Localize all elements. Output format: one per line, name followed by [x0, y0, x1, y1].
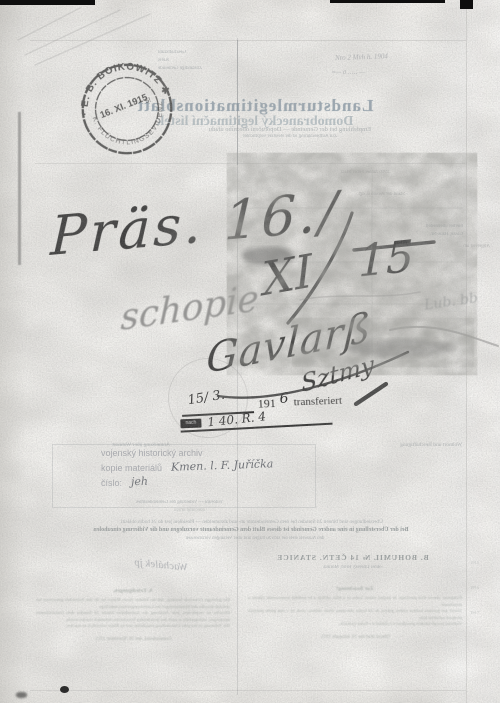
bleedthrough-text-line: Übersiedlungen sind binnen 24 Stunden be…: [40, 519, 464, 526]
archive-line3-label: číslo:: [101, 478, 122, 488]
bleedthrough-text-line: 1916 Jänner Feber März: [300, 170, 430, 177]
scanner-artifact-bar: [330, 0, 445, 3]
bleedthrough-column-heading: A. Erledigungen.: [36, 588, 230, 594]
ink-dot-artifact: [60, 686, 69, 693]
page-right-margin: [466, 0, 500, 703]
bleedthrough-text-line: B. BOHUMIL № 14 ČETN. STANICE: [250, 553, 455, 563]
bleedthrough-text-line: den Ausweis stets bei sich zu tragen und…: [60, 536, 450, 543]
bleedthrough-paragraph-column: A. Erledigungen.Die gefertigte Gemeinde …: [36, 588, 230, 642]
archive-line2-label: kopie materiálů: [101, 463, 162, 473]
bleedthrough-text-line: ≈— ϑ …‥ —: [332, 70, 460, 78]
pencil-squiggle: [300, 292, 420, 300]
bleedthrough-paragraph-column: Zur Beachtung!Podepsaný obecní úřad potv…: [248, 586, 462, 640]
bleedthrough-column-footer: Gemeindeamt, den 16. November 1915.: [36, 637, 230, 642]
bleedthrough-text-line: 1915: [470, 560, 496, 566]
nach-stamp-blob: nach: [180, 419, 201, 429]
smudge-artifact: [16, 692, 27, 698]
archive-line2-handwritten: Kmen. l. F. Juříčka: [171, 457, 274, 474]
bleedthrough-text-line: Wohnort und Beschäftigung: [330, 442, 462, 449]
bleedthrough-paragraph: Podepsaný obecní úřad potvrzuje, že maji…: [248, 595, 462, 608]
bleedthrough-text-line: hierher übersiedelt: [383, 224, 463, 231]
bleedthrough-column-footer: Obecní úřad dne 16. listopadu 1915.: [248, 635, 462, 640]
top-edge-crease: [30, 40, 466, 41]
scanner-artifact-blob: [460, 0, 473, 9]
bleedthrough-paragraph: Die gefertigte Gemeinde bestätigt, daß d…: [36, 597, 230, 610]
bleedthrough-text-line: Wachálek jp: [58, 547, 189, 575]
bottom-edge-crease: [30, 690, 466, 691]
printed-transferiert-label: transferiert: [294, 395, 343, 409]
bleedthrough-paragraph: Tentýž jest povinen každou změnu pobytu …: [248, 608, 462, 621]
archive-line1: vojenský historický archiv: [101, 448, 203, 458]
bleedthrough-paragraph: Derselbe ist verpflichtet, jede Änderung…: [36, 610, 230, 623]
bleedthrough-column-heading: Zur Beachtung!: [248, 586, 462, 592]
bleedthrough-text-line: okres Uherský Brod, Morava: [255, 565, 450, 572]
transferiert-stamp-block: 15/ 3. 191 6 transferiert nach 1 40. R. …: [179, 385, 370, 436]
stamp-date-suffix: 5!: [144, 97, 152, 106]
bleedthrough-text-line: 1917: [470, 610, 496, 616]
bleedthrough-text-line: 1916: [470, 585, 496, 591]
scanned-document-page: Landsturmlegitimationsblatt Domobranecký…: [0, 0, 500, 703]
stamp-ink: · E. B. BOIKOWITZ ✱ K. FLÜCHTLINGSEVIDEN…: [70, 51, 184, 163]
bleedthrough-text-line: obecního úřadu: [55, 508, 205, 515]
handwritten-month: XI: [260, 243, 314, 306]
bleedthrough-paragraph: Vidování jest při každém přesídlení si v…: [248, 621, 462, 628]
stamp-date-text: 16. XI. 1915: [98, 92, 148, 120]
archive-stamp-box: vojenský historický archiv kopie materiá…: [52, 444, 316, 508]
bleedthrough-text-line: Abgereist am: [430, 244, 490, 251]
handwritten-year: 15: [358, 231, 414, 288]
scanner-artifact-bar: [0, 0, 95, 5]
bleedthrough-paragraph: Die Vidierung ist bei jeder Übersiedlung…: [36, 623, 230, 630]
bleedthrough-text-line: Nro 2 Mvh h. 1904: [335, 50, 460, 63]
handwritten-year-digit: 6: [279, 391, 288, 407]
left-margin-shadow: [18, 112, 21, 265]
bleedthrough-text-line: Bei der Überstellung in eine andere Geme…: [36, 527, 466, 535]
archive-line3-handwritten: jeh: [131, 475, 148, 489]
handwritten-transfer-date: 15/ 3.: [187, 388, 226, 409]
